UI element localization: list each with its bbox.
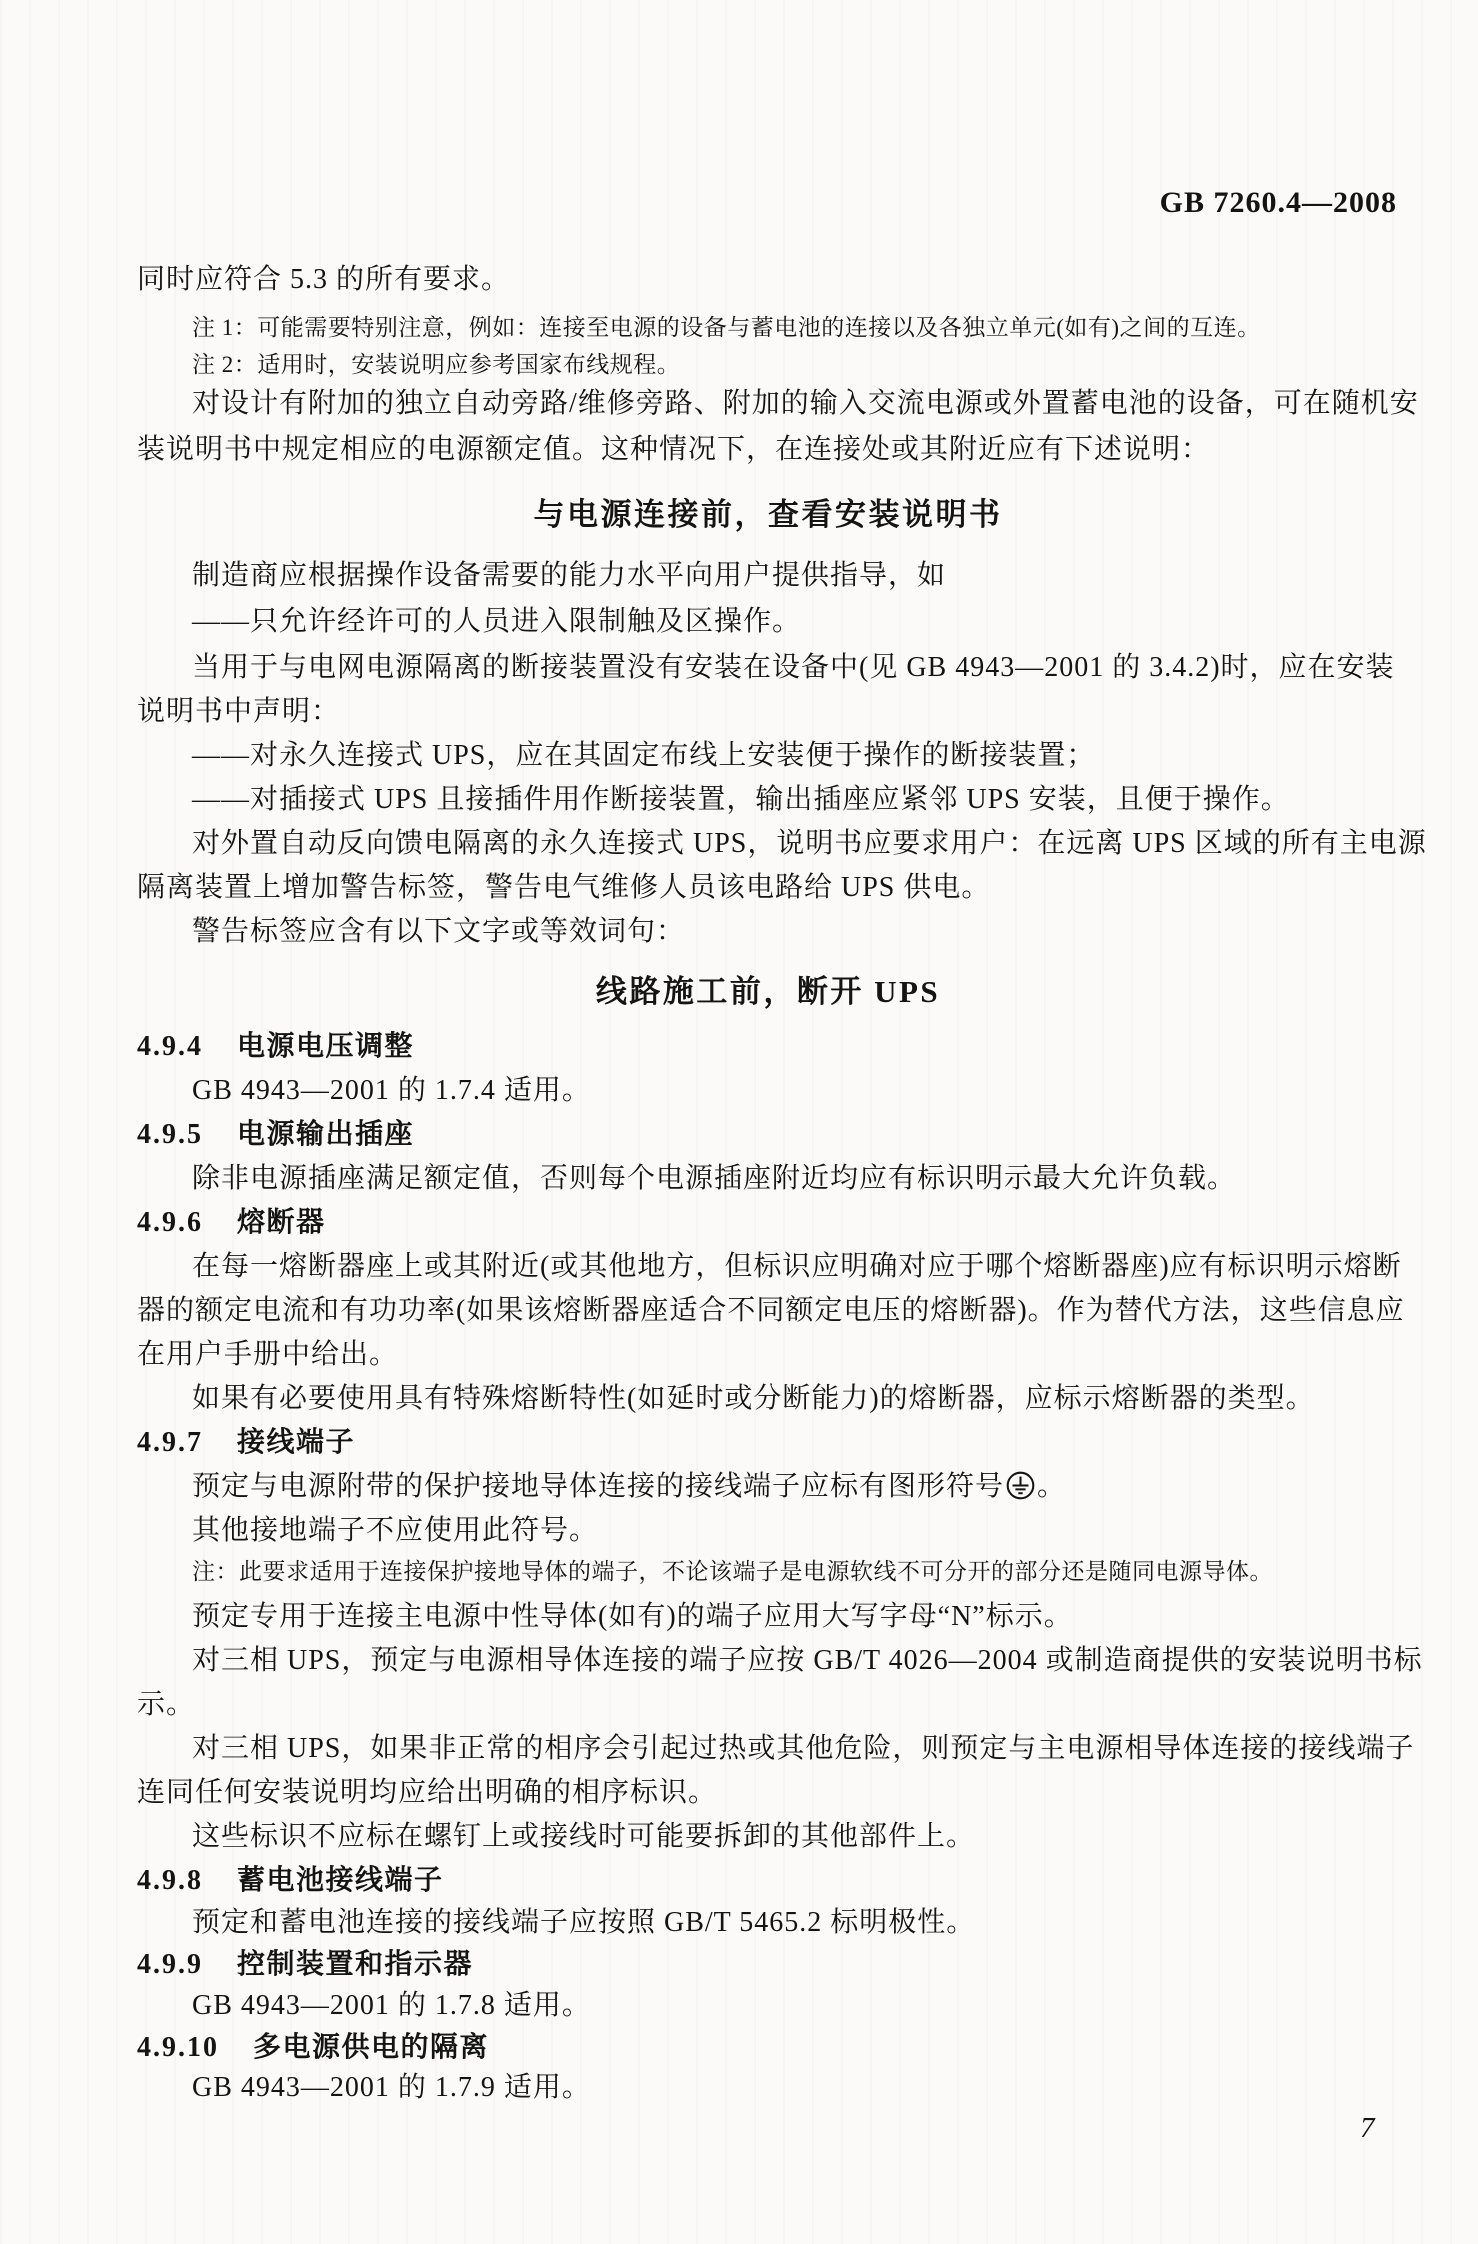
body-text-line: 对三相 UPS，如果非正常的相序会引起过热或其他危险，则预定与主电源相导体连接的… — [137, 1733, 1454, 1765]
section-heading: 4.9.5电源输出插座 — [137, 1119, 1399, 1151]
section-number: 4.9.5 — [137, 1119, 203, 1151]
body-text-line: ——只允许经许可的人员进入限制触及区操作。 — [137, 606, 1454, 638]
section-number: 4.9.10 — [137, 2032, 219, 2064]
section-number: 4.9.6 — [137, 1207, 203, 1239]
body-text-line: 除非电源插座满足额定值，否则每个电源插座附近均应有标识明示最大允许负载。 — [137, 1163, 1454, 1195]
section-heading: 4.9.9控制装置和指示器 — [137, 1949, 1399, 1981]
section-title: 电源输出插座 — [237, 1119, 414, 1150]
centered-warning-heading: 线路施工前，断开 UPS — [137, 974, 1399, 1010]
body-text-line: 制造商应根据操作设备需要的能力水平向用户提供指导，如 — [137, 560, 1454, 592]
body-text-line: 如果有必要使用具有特殊熔断特性(如延时或分断能力)的熔断器，应标示熔断器的类型。 — [137, 1383, 1454, 1415]
note-line: 注 1：可能需要特别注意，例如：连接至电源的设备与蓄电池的连接以及各独立单元(如… — [137, 315, 1454, 341]
section-heading: 4.9.4电源电压调整 — [137, 1031, 1399, 1063]
section-heading: 4.9.7接线端子 — [137, 1427, 1399, 1459]
body-text-line: 隔离装置上增加警告标签，警告电气维修人员该电路给 UPS 供电。 — [137, 872, 1399, 904]
section-title: 控制装置和指示器 — [237, 1949, 473, 1980]
body-text-line: 对三相 UPS，预定与电源相导体连接的端子应按 GB/T 4026—2004 或… — [137, 1645, 1454, 1677]
body-text-line: 预定专用于连接主电源中性导体(如有)的端子应用大写字母“N”标示。 — [137, 1601, 1454, 1633]
section-title: 熔断器 — [237, 1207, 326, 1238]
body-text-line: 对设计有附加的独立自动旁路/维修旁路、附加的输入交流电源或外置蓄电池的设备，可在… — [137, 388, 1454, 420]
body-text-line: 同时应符合 5.3 的所有要求。 — [137, 264, 1399, 296]
section-number: 4.9.7 — [137, 1427, 203, 1459]
body-text-line: 装说明书中规定相应的电源额定值。这种情况下，在连接处或其附近应有下述说明： — [137, 434, 1399, 466]
body-text-line: ——对永久连接式 UPS，应在其固定布线上安装便于操作的断接装置； — [137, 740, 1454, 772]
section-heading: 4.9.10多电源供电的隔离 — [137, 2032, 1399, 2064]
section-number: 4.9.4 — [137, 1031, 203, 1063]
standard-number: GB 7260.4—2008 — [1160, 186, 1397, 220]
section-number: 4.9.9 — [137, 1949, 203, 1981]
note-line: 注：此要求适用于连接保护接地导体的端子，不论该端子是电源软线不可分开的部分还是随… — [137, 1559, 1454, 1585]
body-text-line: ——对插接式 UPS 且接插件用作断接装置，输出插座应紧邻 UPS 安装，且便于… — [137, 784, 1454, 816]
body-text-line: 连同任何安装说明均应给出明确的相序标识。 — [137, 1777, 1399, 1809]
body-text-line: 在用户手册中给出。 — [137, 1339, 1399, 1371]
section-heading: 4.9.6熔断器 — [137, 1207, 1399, 1239]
centered-warning-heading: 与电源连接前，查看安装说明书 — [137, 497, 1399, 533]
body-text-line: 当用于与电网电源隔离的断接装置没有安装在设备中(见 GB 4943—2001 的… — [137, 652, 1454, 684]
body-text-line: GB 4943—2001 的 1.7.8 适用。 — [137, 1990, 1454, 2022]
body-text-line: 说明书中声明： — [137, 696, 1399, 728]
body-text: 。 — [1037, 1471, 1066, 1502]
section-title: 接线端子 — [237, 1427, 355, 1458]
protective-earth-icon — [1006, 1471, 1035, 1500]
document-page: GB 7260.4—2008 同时应符合 5.3 的所有要求。注 1：可能需要特… — [0, 0, 1478, 2244]
body-text-line: 预定与电源附带的保护接地导体连接的接线端子应标有图形符号。 — [137, 1471, 1454, 1503]
page-number: 7 — [1360, 2112, 1375, 2145]
body-text-line: GB 4943—2001 的 1.7.9 适用。 — [137, 2072, 1454, 2104]
body-text-line: 器的额定电流和有功功率(如果该熔断器座适合不同额定电压的熔断器)。作为替代方法，… — [137, 1295, 1399, 1327]
body-text-line: 其他接地端子不应使用此符号。 — [137, 1515, 1454, 1547]
section-heading: 4.9.8蓄电池接线端子 — [137, 1865, 1399, 1897]
body-text: 预定与电源附带的保护接地导体连接的接线端子应标有图形符号 — [192, 1471, 1004, 1502]
section-title: 多电源供电的隔离 — [253, 2032, 489, 2063]
note-line: 注 2：适用时，安装说明应参考国家布线规程。 — [137, 352, 1454, 378]
body-text-line: 在每一熔断器座上或其附近(或其他地方，但标识应明确对应于哪个熔断器座)应有标识明… — [137, 1251, 1454, 1283]
body-text-line: 警告标签应含有以下文字或等效词句： — [137, 916, 1454, 948]
body-text-line: 示。 — [137, 1689, 1399, 1721]
section-title: 电源电压调整 — [237, 1031, 414, 1062]
body-text-line: 这些标识不应标在螺钉上或接线时可能要拆卸的其他部件上。 — [137, 1821, 1454, 1853]
body-text-line: GB 4943—2001 的 1.7.4 适用。 — [137, 1075, 1454, 1107]
body-text-line: 预定和蓄电池连接的接线端子应按照 GB/T 5465.2 标明极性。 — [137, 1907, 1454, 1939]
section-title: 蓄电池接线端子 — [237, 1865, 444, 1896]
body-text-line: 对外置自动反向馈电隔离的永久连接式 UPS，说明书应要求用户：在远离 UPS 区… — [137, 828, 1454, 860]
section-number: 4.9.8 — [137, 1865, 203, 1897]
